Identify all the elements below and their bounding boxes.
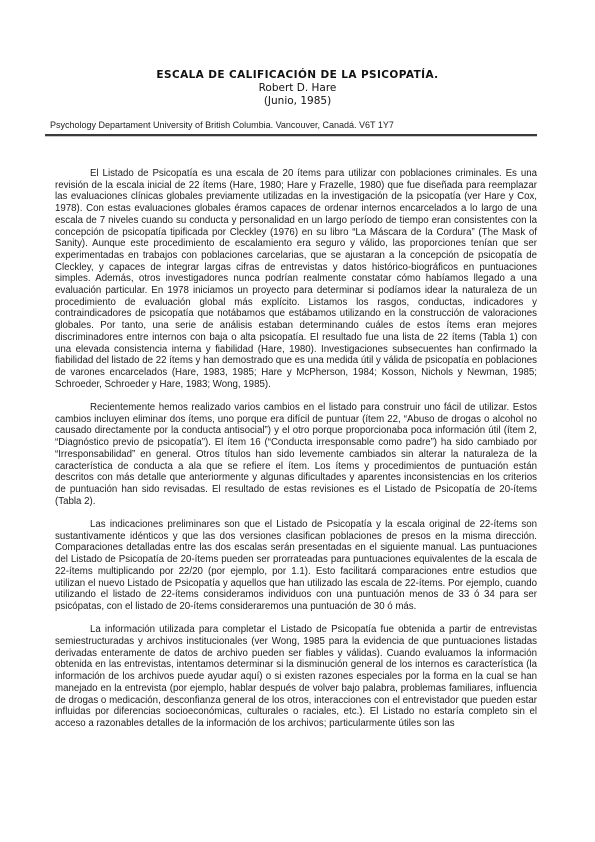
header-divider	[45, 134, 537, 137]
author-line: Robert D. Hare	[0, 82, 595, 95]
document-body: El Listado de Psicopatía es una escala d…	[55, 168, 537, 741]
document-page: ESCALA DE CALIFICACIÓN DE LA PSICOPATÍA.…	[0, 0, 595, 842]
document-header: ESCALA DE CALIFICACIÓN DE LA PSICOPATÍA.…	[0, 69, 595, 108]
paragraph: La información utilizada para completar …	[55, 624, 537, 729]
paragraph: El Listado de Psicopatía es una escala d…	[55, 168, 537, 390]
paragraph: Las indicaciones preliminares son que el…	[55, 519, 537, 613]
date-line: (Junio, 1985)	[0, 95, 595, 108]
affiliation-line: Psychology Departament University of Bri…	[50, 120, 550, 131]
page-title: ESCALA DE CALIFICACIÓN DE LA PSICOPATÍA.	[0, 69, 595, 82]
paragraph: Recientemente hemos realizado varios cam…	[55, 402, 537, 507]
